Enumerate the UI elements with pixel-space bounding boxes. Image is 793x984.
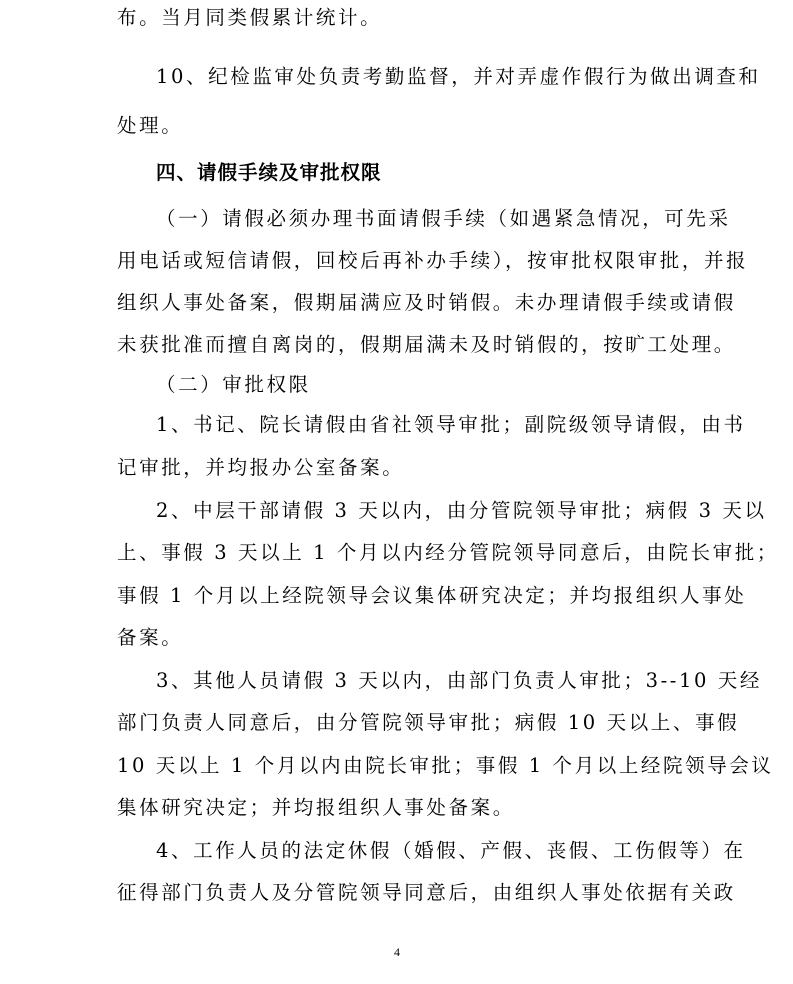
text-line: 上、事假 3 天以上 1 个月以内经分管院领导同意后，由院长审批；	[117, 540, 677, 566]
text-line-continuation: 布。当月同类假累计统计。	[117, 5, 677, 31]
text-line: 用电话或短信请假，回校后再补办手续），按审批权限审批，并报	[117, 248, 677, 274]
text-line: 备案。	[117, 625, 677, 651]
paragraph-item-1: 1、书记、院长请假由省社领导审批；副院级领导请假，由书	[156, 412, 716, 438]
document-page: 布。当月同类假累计统计。 10、纪检监审处负责考勤监督，并对弄虚作假行为做出调查…	[0, 0, 793, 984]
paragraph-item-10: 10、纪检监审处负责考勤监督，并对弄虚作假行为做出调查和	[156, 64, 716, 90]
text-line: 处理。	[117, 113, 677, 139]
subsection-2-heading: （二）审批权限	[156, 372, 716, 398]
text-line: 事假 1 个月以上经院领导会议集体研究决定；并均报组织人事处	[117, 583, 677, 609]
text-line: 记审批，并均报办公室备案。	[117, 455, 677, 481]
paragraph-item-2: 2、中层干部请假 3 天以内，由分管院领导审批；病假 3 天以	[156, 498, 716, 524]
text-line: 集体研究决定；并均报组织人事处备案。	[117, 795, 677, 821]
paragraph-item-3: 3、其他人员请假 3 天以内，由部门负责人审批；3--10 天经	[156, 668, 716, 694]
text-line: 征得部门负责人及分管院领导同意后，由组织人事处依据有关政	[117, 880, 677, 906]
text-line: 10 天以上 1 个月以内由院长审批；事假 1 个月以上经院领导会议	[117, 753, 677, 779]
text-line: 未获批准而擅自离岗的，假期届满未及时销假的，按旷工处理。	[117, 332, 677, 358]
section-heading: 四、请假手续及审批权限	[156, 160, 716, 186]
text-line: 组织人事处备案，假期届满应及时销假。未办理请假手续或请假	[117, 290, 677, 316]
subsection-1-paragraph: （一）请假必须办理书面请假手续（如遇紧急情况，可先采	[156, 206, 716, 232]
paragraph-item-4: 4、工作人员的法定休假（婚假、产假、丧假、工伤假等）在	[156, 838, 716, 864]
page-number: 4	[390, 945, 404, 959]
text-line: 部门负责人同意后，由分管院领导审批；病假 10 天以上、事假	[117, 710, 677, 736]
